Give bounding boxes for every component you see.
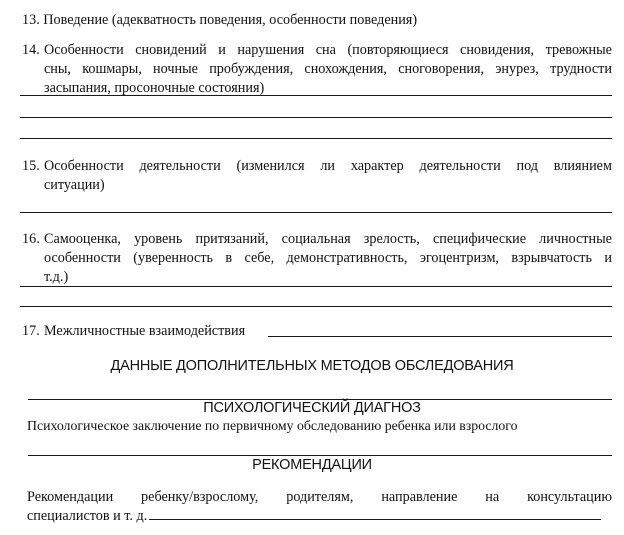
item-text: засыпания, просоночные состояния) xyxy=(44,80,264,96)
word: эгоцентризм, xyxy=(420,249,499,268)
item-line: т.д.) xyxy=(22,268,612,287)
item-text: Поведение (адекватность поведения, особе… xyxy=(43,12,417,28)
item-line: ситуации) xyxy=(22,176,612,195)
answer-line[interactable] xyxy=(20,117,612,118)
word: ночные xyxy=(153,60,198,79)
answer-line[interactable] xyxy=(20,95,612,96)
item-14: 14.Особенностисновиденийинарушениясна(по… xyxy=(22,41,612,98)
word: социальная xyxy=(282,230,351,249)
diagnosis-subtitle: Психологическое заключение по первичному… xyxy=(27,416,617,435)
word: снохождения, xyxy=(304,60,387,79)
word: личностные xyxy=(539,230,612,249)
word: сновидения, xyxy=(460,41,534,60)
word: Особенности xyxy=(44,41,124,60)
word: специфические xyxy=(433,230,526,249)
item-text: Особенностидеятельности(изменилсялихарак… xyxy=(44,157,612,176)
word: и xyxy=(218,41,226,60)
item-13: 13. Поведение (адекватность поведения, о… xyxy=(22,11,612,30)
item-17: 17.Межличностные взаимодействия xyxy=(22,322,612,341)
answer-line[interactable] xyxy=(20,212,612,213)
word: деятельности xyxy=(139,157,220,176)
word: родителям, xyxy=(286,488,353,507)
word: Рекомендации xyxy=(27,488,113,507)
word: характер xyxy=(351,157,404,176)
word: уровень xyxy=(134,230,182,249)
item-number: 17. xyxy=(22,322,44,341)
word: особенности xyxy=(44,249,121,268)
word: кошмары, xyxy=(82,60,142,79)
word: ребенку/взрослому, xyxy=(141,488,258,507)
word: ли xyxy=(320,157,335,176)
word: в xyxy=(225,249,232,268)
item-text: т.д.) xyxy=(44,269,68,285)
word: влиянием xyxy=(554,157,612,176)
item-line: сны,кошмары,ночныепробуждения,снохождени… xyxy=(22,60,612,79)
item-number: 15. xyxy=(22,157,44,176)
item-number: 14. xyxy=(22,41,44,60)
word: консультацию xyxy=(527,488,612,507)
word: пробуждения, xyxy=(209,60,293,79)
word: демонстративность, xyxy=(287,249,408,268)
word: нарушения xyxy=(237,41,304,60)
answer-line[interactable] xyxy=(20,286,612,287)
word: сны, xyxy=(44,60,71,79)
word: себе, xyxy=(245,249,275,268)
recommendations-line: Рекомендацииребенку/взрослому,родителям,… xyxy=(27,488,612,507)
section-heading-additional-methods: ДАННЫЕ ДОПОЛНИТЕЛЬНЫХ МЕТОДОВ ОБСЛЕДОВАН… xyxy=(0,358,624,374)
word: под xyxy=(517,157,539,176)
word: трудности xyxy=(550,60,612,79)
item-text: Самооценка,уровеньпритязаний,социальнаяз… xyxy=(44,230,612,249)
word: зрелость, xyxy=(364,230,420,249)
recommendations-line2-text: специалистов и т. д. xyxy=(27,508,147,524)
item-number: 13. xyxy=(22,11,40,30)
answer-line[interactable] xyxy=(268,336,612,337)
item-16: 16.Самооценка,уровеньпритязаний,социальн… xyxy=(22,230,612,287)
item-text: особенности(уверенностьвсебе,демонстрати… xyxy=(44,249,612,268)
word: сноговорения, xyxy=(398,60,484,79)
item-15: 15.Особенностидеятельности(изменилсялиха… xyxy=(22,157,612,195)
answer-line[interactable] xyxy=(20,306,612,307)
recommendations-line: специалистов и т. д. xyxy=(27,507,612,526)
section-heading-diagnosis: ПСИХОЛОГИЧЕСКИЙ ДИАГНОЗ xyxy=(0,400,624,416)
word: деятельности xyxy=(420,157,501,176)
word: (повторяющиеся xyxy=(347,41,448,60)
item-number: 16. xyxy=(22,230,44,249)
item-text: ситуации) xyxy=(44,177,105,193)
word: Самооценка, xyxy=(44,230,121,249)
item-text: Особенностисновиденийинарушениясна(повто… xyxy=(44,41,612,60)
answer-line[interactable] xyxy=(149,507,601,520)
word: энурез, xyxy=(495,60,539,79)
item-text: сны,кошмары,ночныепробуждения,снохождени… xyxy=(44,60,612,79)
answer-line[interactable] xyxy=(20,138,612,139)
section-heading-recommendations: РЕКОМЕНДАЦИИ xyxy=(0,457,624,473)
word: Особенности xyxy=(44,157,124,176)
item-text: Межличностные взаимодействия xyxy=(44,323,245,339)
item-line: 14.Особенностисновиденийинарушениясна(по… xyxy=(22,41,612,60)
word: (уверенность xyxy=(133,249,213,268)
word: на xyxy=(485,488,499,507)
answer-line[interactable] xyxy=(28,455,612,456)
word: сновидений xyxy=(135,41,207,60)
word: направление xyxy=(381,488,457,507)
item-line: особенности(уверенностьвсебе,демонстрати… xyxy=(22,249,612,268)
item-line: 15.Особенностидеятельности(изменилсялиха… xyxy=(22,157,612,176)
word: взрывчатость xyxy=(511,249,592,268)
word: (изменился xyxy=(236,157,304,176)
word: притязаний, xyxy=(195,230,268,249)
word: сна xyxy=(316,41,336,60)
word: тревожные xyxy=(546,41,612,60)
recommendations-text: Рекомендацииребенку/взрослому,родителям,… xyxy=(27,488,612,526)
word: и xyxy=(604,249,612,268)
item-line: 16.Самооценка,уровеньпритязаний,социальн… xyxy=(22,230,612,249)
